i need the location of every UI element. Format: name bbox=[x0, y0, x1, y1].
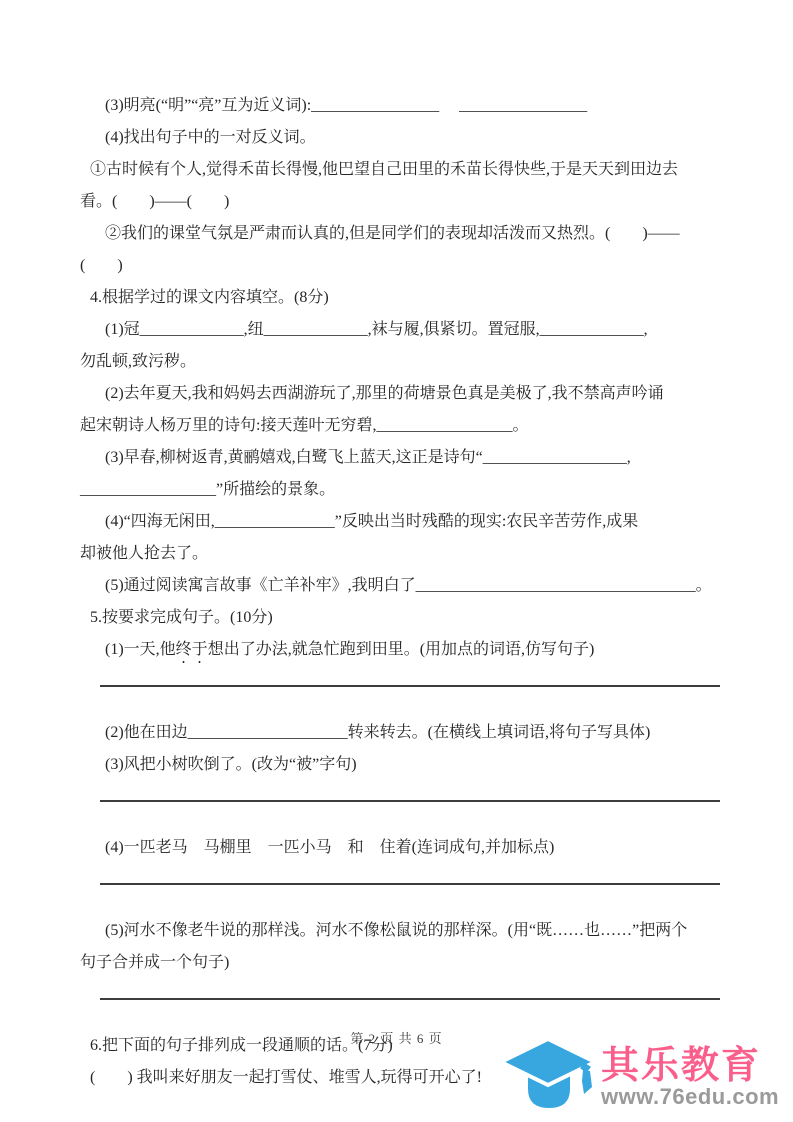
answer-line-stroke bbox=[100, 800, 720, 802]
answer-line-stroke bbox=[100, 883, 720, 885]
dotted-words: 终于 bbox=[176, 641, 208, 658]
exam-line: (3)明亮(“明”“亮”互为近义词):________________ ____… bbox=[80, 90, 720, 122]
exam-line: (2)去年夏天,我和妈妈去西湖游玩了,那里的荷塘景色真是美极了,我不禁高声吟诵 bbox=[80, 378, 720, 410]
answer-line bbox=[80, 883, 720, 915]
exam-line: 句子合并成一个句子) bbox=[80, 947, 720, 979]
answer-line bbox=[80, 685, 720, 717]
exam-line: _________________”所描绘的景象。 bbox=[80, 474, 720, 506]
brand-name: 其乐教育 bbox=[601, 1046, 761, 1086]
exam-line: (5)通过阅读寓言故事《亡羊补牢》,我明白了__________________… bbox=[80, 570, 720, 602]
line-text: 想出了办法,就急忙跑到田里。(用加点的词语,仿写句子) bbox=[208, 641, 595, 658]
exam-line: 4.根据学过的课文内容填空。(8分) bbox=[80, 282, 720, 314]
exam-content: (3)明亮(“明”“亮”互为近义词):________________ ____… bbox=[80, 90, 720, 1094]
exam-line: (1)一天,他终于想出了办法,就急忙跑到田里。(用加点的词语,仿写句子) bbox=[80, 634, 720, 666]
exam-page: (3)明亮(“明”“亮”互为近义词):________________ ____… bbox=[0, 0, 793, 1122]
graduation-cap-icon bbox=[499, 1037, 599, 1117]
answer-line bbox=[80, 998, 720, 1030]
answer-line-stroke bbox=[100, 998, 720, 1000]
brand-logo: 其乐教育 www.76edu.com bbox=[499, 1036, 791, 1118]
exam-line: (4)“四海无闲田,_______________”反映出当时残酷的现实:农民辛… bbox=[80, 506, 720, 538]
exam-line: 起宋朝诗人杨万里的诗句:接天莲叶无穷碧,_________________。 bbox=[80, 410, 720, 442]
exam-line: ②我们的课堂气氛是严肃而认真的,但是同学们的表现却活泼而又热烈。( )—— bbox=[80, 218, 720, 250]
line-text: (1)一天,他 bbox=[105, 641, 176, 658]
answer-line-stroke bbox=[100, 685, 720, 687]
exam-line: (1)冠_____________,纽_____________,袜与履,俱紧切… bbox=[80, 314, 720, 346]
brand-url: www.76edu.com bbox=[601, 1086, 779, 1108]
exam-line: (5)河水不像老牛说的那样浅。河水不像松鼠说的那样深。(用“既……也……”把两个 bbox=[80, 915, 720, 947]
exam-line: 5.按要求完成句子。(10分) bbox=[80, 602, 720, 634]
brand-text: 其乐教育 www.76edu.com bbox=[601, 1046, 779, 1108]
exam-line: ①古时候有个人,觉得禾苗长得慢,他巴望自己田里的禾苗长得快些,于是天天到田边去 bbox=[80, 154, 720, 186]
exam-line: (3)风把小树吹倒了。(改为“被”字句) bbox=[80, 749, 720, 781]
exam-line: 却被他人抢去了。 bbox=[80, 538, 720, 570]
exam-line: (3)早春,柳树返青,黄鹂嬉戏,白鹭飞上蓝天,这正是诗句“___________… bbox=[80, 442, 720, 474]
answer-line bbox=[80, 800, 720, 832]
exam-line: 看。( )——( ) bbox=[80, 186, 720, 218]
exam-line: ( ) bbox=[80, 250, 720, 282]
exam-line: (4)一匹老马 马棚里 一匹小马 和 住着(连词成句,并加标点) bbox=[80, 832, 720, 864]
exam-line: (2)他在田边____________________转来转去。(在横线上填词语… bbox=[80, 717, 720, 749]
exam-line: (4)找出句子中的一对反义词。 bbox=[80, 122, 720, 154]
exam-line: 勿乱顿,致污秽。 bbox=[80, 346, 720, 378]
